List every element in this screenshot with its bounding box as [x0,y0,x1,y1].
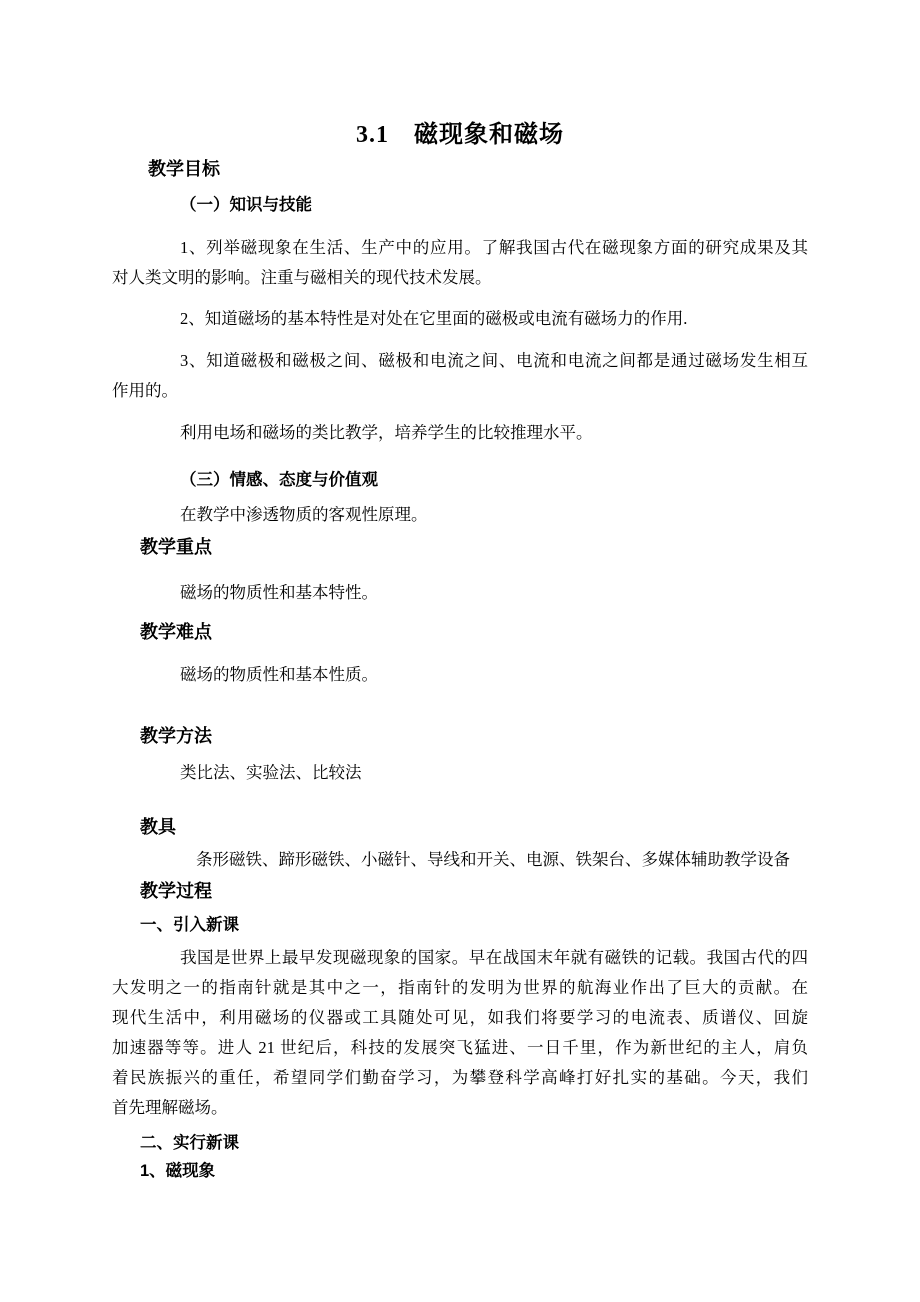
paragraph-teaching-difficulty: 磁场的物质性和基本性质。 [112,660,808,690]
text-line: 3、知道磁极和磁极之间、磁极和电流之间、电流和电流之间都是通过磁场发生相互 [112,346,808,376]
text-line: 类比法、实验法、比较法 [112,758,808,788]
heading-emotion-attitude-values: （三）情感、态度与价值观 [180,468,808,492]
text-line: 条形磁铁、蹄形磁铁、小磁针、导线和开关、电源、铁架台、多媒体辅助教学设备 [112,845,808,875]
text-line: 加速器等等。进人 21 世纪后，科技的发展突飞猛进、一日千里，作为新世纪的主人，… [112,1033,808,1063]
paragraph-teaching-aids: 条形磁铁、蹄形磁铁、小磁针、导线和开关、电源、铁架台、多媒体辅助教学设备 [112,845,808,875]
paragraph-analogy-teaching: 利用电场和磁场的类比教学，培养学生的比较推理水平。 [112,418,808,448]
text-line: 现代生活中，利用磁场的仪器或工具随处可见，如我们将要学习的电流表、质谱仪、回旋 [112,1003,808,1033]
paragraph-emotion-values: 在教学中渗透物质的客观性原理。 [112,500,808,530]
heading-teaching-focus: 教学重点 [140,535,808,559]
document-page: 3.1 磁现象和磁场 教学目标 （一）知识与技能 1、列举磁现象在生活、生产中的… [0,0,920,1302]
text-line: 着民族振兴的重任，希望同学们勤奋学习，为攀登科学高峰打好扎实的基础。今天，我们 [112,1063,808,1093]
heading-teaching-difficulty: 教学难点 [140,620,808,644]
paragraph-lesson-introduction: 我国是世界上最早发现磁现象的国家。早在战国末年就有磁铁的记载。我国古代的四大发明… [112,943,808,1123]
text-line: 对人类文明的影响。注重与磁相关的现代技术发展。 [112,263,808,293]
text-line: 磁场的物质性和基本特性。 [112,578,808,608]
text-line: 在教学中渗透物质的客观性原理。 [112,500,808,530]
heading-teaching-method: 教学方法 [140,724,808,748]
text-line: 大发明之一的指南针就是其中之一，指南针的发明为世界的航海业作出了巨大的贡献。在 [112,973,808,1003]
text-line: 首先理解磁场。 [112,1093,808,1123]
heading-teaching-aids: 教具 [140,815,808,839]
text-line: 作用的。 [112,376,808,406]
heading-teaching-objectives: 教学目标 [148,157,808,181]
heading-teaching-process: 教学过程 [140,879,808,903]
text-line: 利用电场和磁场的类比教学，培养学生的比较推理水平。 [112,418,808,448]
paragraph-objective-3: 3、知道磁极和磁极之间、磁极和电流之间、电流和电流之间都是通过磁场发生相互作用的… [112,346,808,406]
heading-magnetic-phenomena: 1、磁现象 [140,1159,808,1183]
document-title: 3.1 磁现象和磁场 [112,119,808,151]
heading-knowledge-and-skills: （一）知识与技能 [180,193,808,217]
heading-new-lesson: 二、实行新课 [140,1131,808,1155]
paragraph-teaching-method: 类比法、实验法、比较法 [112,758,808,788]
text-line: 2、知道磁场的基本特性是对处在它里面的磁极或电流有磁场力的作用. [112,304,808,334]
text-line: 1、列举磁现象在生活、生产中的应用。了解我国古代在磁现象方面的研究成果及其 [112,233,808,263]
paragraph-objective-1: 1、列举磁现象在生活、生产中的应用。了解我国古代在磁现象方面的研究成果及其对人类… [112,233,808,293]
paragraph-objective-2: 2、知道磁场的基本特性是对处在它里面的磁极或电流有磁场力的作用. [112,304,808,334]
text-line: 磁场的物质性和基本性质。 [112,660,808,690]
paragraph-teaching-focus: 磁场的物质性和基本特性。 [112,578,808,608]
heading-lesson-introduction: 一、引入新课 [140,913,808,937]
text-line: 我国是世界上最早发现磁现象的国家。早在战国末年就有磁铁的记载。我国古代的四 [112,943,808,973]
